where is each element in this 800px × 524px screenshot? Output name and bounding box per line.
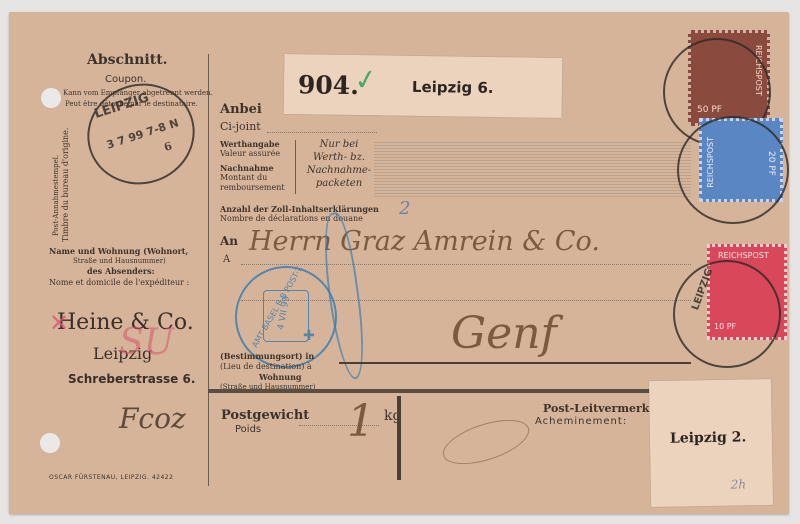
registration-number: 904. xyxy=(298,70,359,100)
coupon-divider xyxy=(208,54,209,486)
routing-pencil-note: 2h xyxy=(731,477,747,491)
weight-label: Postgewicht xyxy=(221,408,309,423)
green-check-mark: ✓ xyxy=(352,62,380,98)
stamp-cancel-2 xyxy=(677,116,789,224)
nachnahme-label-fr-1: Montant du xyxy=(220,173,267,183)
anbei-label: Anbei xyxy=(220,102,262,117)
value-ruled-area xyxy=(374,140,691,198)
nachnahme-label: Nachnahme xyxy=(220,163,274,173)
value-note: Nur bei Werth- bz. Nachnahme- packeten xyxy=(305,138,373,190)
sender-label-de-2: Straße und Hausnummer) xyxy=(73,256,166,266)
weight-divider xyxy=(397,396,401,480)
red-crayon-cross: ✕ xyxy=(49,309,69,337)
punch-hole xyxy=(40,433,60,453)
sender-street: Schreberstrasse 6. xyxy=(68,372,195,386)
parcel-card: Abschnitt. Coupon. Kann vom Empfänger ab… xyxy=(9,12,789,514)
origin-stamp-label-de: Post-Annahmestempel. xyxy=(51,155,61,236)
declarations-value: 2 xyxy=(399,198,410,219)
sender-label-fr: Nome et domicile de l'expéditeur : xyxy=(49,278,189,288)
declarations-label: Anzahl der Zoll-Inhaltserklärungen xyxy=(220,204,379,214)
destination-line xyxy=(339,362,691,364)
anbei-label-fr: Ci-joint xyxy=(220,120,261,133)
sender-label-de-1: Name und Wohnung (Wohnort, xyxy=(49,246,188,256)
origin-stamp-label-fr: Timbre du bureau d'origine. xyxy=(61,128,71,242)
recipient-label: An xyxy=(220,234,238,248)
anbei-line xyxy=(267,132,377,133)
routing-label-fr: Acheminement: xyxy=(535,416,627,427)
sender-label-de-3: des Absenders: xyxy=(87,266,155,276)
wert-label-fr: Valeur assurée xyxy=(220,149,280,159)
recipient-label-fr: A xyxy=(223,254,230,265)
destination-value: Genf xyxy=(451,308,557,359)
routing-label: Post-Leitvermerk: xyxy=(543,402,653,415)
destination-label-fr: (Lieu de destination) à xyxy=(220,362,312,372)
red-crayon-mark: SU xyxy=(119,322,174,363)
recipient-name: Herrn Graz Amrein & Co. xyxy=(249,226,600,257)
bracket-line xyxy=(295,140,296,194)
destination-label: (Bestimmungsort) in xyxy=(220,351,314,361)
sender-signature: Fcoz xyxy=(119,402,186,435)
wohnung-label: Wohnung xyxy=(259,372,302,382)
punch-hole xyxy=(41,88,61,108)
routing-flourish xyxy=(438,411,535,473)
weight-value: 1 xyxy=(347,396,375,447)
recipient-line-1 xyxy=(241,264,691,265)
registration-office: Leipzig 6. xyxy=(412,78,494,97)
stamp-cancel-3: LEIPZIG xyxy=(673,260,781,368)
coupon-heading: Abschnitt. xyxy=(87,52,168,68)
printer-imprint: OSCAR FÜRSTENAU, LEIPZIG. 42422 xyxy=(49,474,173,481)
routing-label-slip: Leipzig 2. 2h xyxy=(649,379,773,507)
weight-label-fr: Poids xyxy=(235,424,261,435)
registration-label: 904. Leipzig 6. ✓ xyxy=(284,54,563,118)
routing-office: Leipzig 2. xyxy=(670,429,747,446)
wert-label: Werthangabe xyxy=(220,139,280,149)
nachnahme-label-fr-2: remboursement xyxy=(220,183,285,193)
